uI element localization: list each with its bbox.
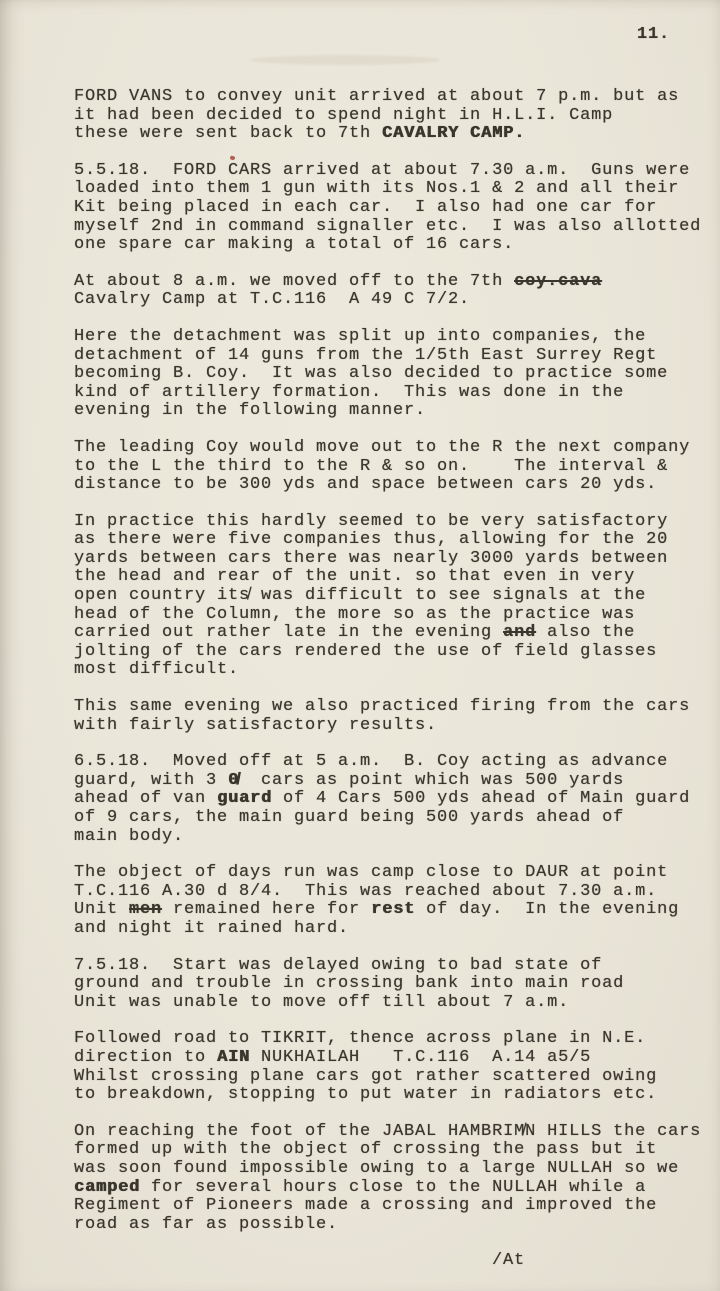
text-line: as there were five companies thus, allow… <box>74 531 704 550</box>
text-line: ahead of van guard of 4 Cars 500 yds ahe… <box>74 790 704 809</box>
text-line: T.C.116 A.30 d 8/4. This was reached abo… <box>74 883 704 902</box>
text-segment: of day. In the evening <box>415 900 679 919</box>
text-segment: ground and trouble in crossing bank into… <box>74 974 624 993</box>
struck-text: coy.cava <box>514 272 602 291</box>
text-line: main body. <box>74 828 704 847</box>
text-segment: yards between cars there was nearly 3000… <box>74 549 668 568</box>
text-segment: with fairly satisfactory results. <box>74 716 437 735</box>
text-line: open country its̸ was difficult to see s… <box>74 587 704 606</box>
text-segment: to breakdown, stopping to put water in r… <box>74 1085 657 1104</box>
text-segment: 0̸ <box>228 771 239 790</box>
scan-smudge <box>250 55 440 65</box>
text-segment: Cavalry Camp at T.C.116 A 49 C 7/2. <box>74 290 470 309</box>
text-line: jolting of the cars rendered the use of … <box>74 643 704 662</box>
text-segment: The leading Coy would move out to the R … <box>74 438 690 457</box>
text-line: these were sent back to 7th CAVALRY CAMP… <box>74 125 704 144</box>
text-segment: Whilst crossing plane cars got rather sc… <box>74 1067 657 1086</box>
paragraph: The object of days run was camp close to… <box>74 864 704 938</box>
text-segment: T.C.116 A.30 d 8/4. This was reached abo… <box>74 882 657 901</box>
text-line: FORD VANS to convey unit arrived at abou… <box>74 88 704 107</box>
text-segment: of 9 cars, the main guard being 500 yard… <box>74 808 624 827</box>
text-segment: formed up with the object of crossing th… <box>74 1140 657 1159</box>
text-segment: camped <box>74 1178 140 1197</box>
text-line: with fairly satisfactory results. <box>74 717 704 736</box>
text-segment: of 4 Cars 500 yds ahead of Main guard <box>272 789 690 808</box>
text-segment: CAVALRY CAMP. <box>382 124 525 143</box>
text-segment: head of the Column, the more so as the p… <box>74 605 635 624</box>
text-segment: NUKHAILAH T.C.116 A.14 a5/5 <box>250 1048 591 1067</box>
text-line: formed up with the object of crossing th… <box>74 1141 704 1160</box>
text-segment: ahead of van <box>74 789 217 808</box>
text-segment: detachment of 14 guns from the 1/5th Eas… <box>74 346 657 365</box>
text-segment: kind of artillery formation. This was do… <box>74 383 624 402</box>
text-segment: On reaching the foot of the JABAL HAMBRI <box>74 1122 514 1141</box>
text-segment: At about 8 a.m. we moved off to the 7th <box>74 272 514 291</box>
text-segment: myself 2nd in command signaller etc. I w… <box>74 217 701 236</box>
text-line: This same evening we also practiced firi… <box>74 698 704 717</box>
text-line: The object of days run was camp close to… <box>74 864 704 883</box>
paragraph: 5.5.18. FORD CARS arrived at about 7.30 … <box>74 162 704 255</box>
text-segment: carried out rather late in the evening <box>74 623 503 642</box>
paragraph: The leading Coy would move out to the R … <box>74 439 704 495</box>
text-segment: most difficult. <box>74 660 239 679</box>
paragraph: On reaching the foot of the JABAL HAMBRI… <box>74 1123 704 1235</box>
text-line: 7.5.18. Start was delayed owing to bad s… <box>74 957 704 976</box>
text-segment: was soon found impossible owing to a lar… <box>74 1159 679 1178</box>
text-line: carried out rather late in the evening a… <box>74 624 704 643</box>
text-line: to breakdown, stopping to put water in r… <box>74 1086 704 1105</box>
text-segment: FORD VANS to convey unit arrived at abou… <box>74 87 679 106</box>
text-segment: evening in the following manner. <box>74 401 426 420</box>
text-segment: Kit being placed in each car. I also had… <box>74 198 657 217</box>
text-segment: 6.5.18. Moved off at 5 a.m. B. Coy actin… <box>74 752 668 771</box>
paragraph: Here the detachment was split up into co… <box>74 328 704 421</box>
text-segment: as there were five companies thus, allow… <box>74 530 668 549</box>
text-line: distance to be 300 yds and space between… <box>74 476 704 495</box>
text-line: 6.5.18. Moved off at 5 a.m. B. Coy actin… <box>74 753 704 772</box>
text-line: guard, with 3 0̸ cars as point which was… <box>74 772 704 791</box>
text-segment: the head and rear of the unit. so that e… <box>74 567 635 586</box>
text-line: ground and trouble in crossing bank into… <box>74 975 704 994</box>
text-line: becoming B. Coy. It was also decided to … <box>74 365 704 384</box>
text-line: head of the Column, the more so as the p… <box>74 606 704 625</box>
text-line: detachment of 14 guns from the 1/5th Eas… <box>74 347 704 366</box>
text-line: the head and rear of the unit. so that e… <box>74 568 704 587</box>
text-line: loaded into them 1 gun with its Nos.1 & … <box>74 180 704 199</box>
text-segment: main body. <box>74 827 184 846</box>
text-segment: becoming B. Coy. It was also decided to … <box>74 364 668 383</box>
paragraph: At about 8 a.m. we moved off to the 7th … <box>74 273 704 310</box>
text-segment: one spare car making a total of 16 cars. <box>74 235 514 254</box>
paragraph: Followed road to TIKRIT, thence across p… <box>74 1030 704 1104</box>
text-segment: guard <box>217 789 272 808</box>
text-line: Cavalry Camp at T.C.116 A 49 C 7/2. <box>74 291 704 310</box>
text-line: one spare car making a total of 16 cars. <box>74 236 704 255</box>
text-line: road as far as possible. <box>74 1216 704 1235</box>
text-line: Whilst crossing plane cars got rather sc… <box>74 1068 704 1087</box>
text-segment: for several hours close to the NULLAH wh… <box>140 1178 646 1197</box>
text-segment: 5.5.18. FORD CARS arrived at about 7.30 … <box>74 161 690 180</box>
text-segment: M̸ <box>514 1122 525 1141</box>
text-segment: also the <box>536 623 635 642</box>
text-line: The leading Coy would move out to the R … <box>74 439 704 458</box>
text-line: On reaching the foot of the JABAL HAMBRI… <box>74 1123 704 1142</box>
text-line: kind of artillery formation. This was do… <box>74 384 704 403</box>
text-line: to the L the third to the R & so on. The… <box>74 458 704 477</box>
text-line: Followed road to TIKRIT, thence across p… <box>74 1030 704 1049</box>
page-number: 11. <box>637 26 670 45</box>
text-segment: AIN <box>217 1048 250 1067</box>
text-segment: N HILLS the cars <box>525 1122 701 1141</box>
paragraph: 6.5.18. Moved off at 5 a.m. B. Coy actin… <box>74 753 704 846</box>
paragraph: In practice this hardly seemed to be ver… <box>74 513 704 680</box>
text-segment: jolting of the cars rendered the use of … <box>74 642 657 661</box>
text-line: and night it rained hard. <box>74 920 704 939</box>
text-segment: open country it <box>74 586 239 605</box>
text-segment: and night it rained hard. <box>74 919 349 938</box>
text-line: At about 8 a.m. we moved off to the 7th … <box>74 273 704 292</box>
text-line: yards between cars there was nearly 3000… <box>74 550 704 569</box>
text-line: most difficult. <box>74 661 704 680</box>
text-segment: distance to be 300 yds and space between… <box>74 475 657 494</box>
text-line: Regiment of Pioneers made a crossing and… <box>74 1197 704 1216</box>
text-line: direction to AIN NUKHAILAH T.C.116 A.14 … <box>74 1049 704 1068</box>
text-line: it had been decided to spend night in H.… <box>74 107 704 126</box>
text-line: In practice this hardly seemed to be ver… <box>74 513 704 532</box>
struck-text: men <box>129 900 162 919</box>
text-segment: In practice this hardly seemed to be ver… <box>74 512 668 531</box>
text-segment: Here the detachment was split up into co… <box>74 327 646 346</box>
paragraph: 7.5.18. Start was delayed owing to bad s… <box>74 957 704 1013</box>
text-segment: these were sent back to 7th <box>74 124 382 143</box>
text-line: Unit was unable to move off till about 7… <box>74 994 704 1013</box>
document-page: 11. FORD VANS to convey unit arrived at … <box>0 0 720 1291</box>
text-line: Unit men remained here for rest of day. … <box>74 901 704 920</box>
paragraph: This same evening we also practiced firi… <box>74 698 704 735</box>
struck-text: and <box>503 623 536 642</box>
text-line: was soon found impossible owing to a lar… <box>74 1160 704 1179</box>
text-segment: Unit was unable to move off till about 7… <box>74 993 569 1012</box>
text-segment: 7.5.18. Start was delayed owing to bad s… <box>74 956 602 975</box>
text-segment: direction to <box>74 1048 217 1067</box>
text-segment: cars as point which was 500 yards <box>239 771 624 790</box>
text-line: 5.5.18. FORD CARS arrived at about 7.30 … <box>74 162 704 181</box>
text-line: evening in the following manner. <box>74 402 704 421</box>
text-line: Kit being placed in each car. I also had… <box>74 199 704 218</box>
text-segment: to the L the third to the R & so on. The… <box>74 457 668 476</box>
paragraph-list: FORD VANS to convey unit arrived at abou… <box>74 88 704 1271</box>
text-segment: The object of days run was camp close to… <box>74 863 668 882</box>
text-line: of 9 cars, the main guard being 500 yard… <box>74 809 704 828</box>
text-line: myself 2nd in command signaller etc. I w… <box>74 218 704 237</box>
text-segment: Regiment of Pioneers made a crossing and… <box>74 1196 657 1215</box>
paragraph: FORD VANS to convey unit arrived at abou… <box>74 88 704 144</box>
text-segment: remained here for <box>162 900 371 919</box>
text-segment: Followed road to TIKRIT, thence across p… <box>74 1029 646 1048</box>
text-segment: Unit <box>74 900 129 919</box>
text-segment: loaded into them 1 gun with its Nos.1 & … <box>74 179 679 198</box>
text-segment: s̸ <box>239 586 250 605</box>
text-segment: rest <box>371 900 415 919</box>
catchword: /At <box>74 1252 704 1271</box>
text-line: camped for several hours close to the NU… <box>74 1179 704 1198</box>
text-segment: guard, with 3 <box>74 771 228 790</box>
text-segment: This same evening we also practiced firi… <box>74 697 690 716</box>
text-segment: it had been decided to spend night in H.… <box>74 106 613 125</box>
text-line: Here the detachment was split up into co… <box>74 328 704 347</box>
text-segment: was difficult to see signals at the <box>250 586 646 605</box>
text-segment: road as far as possible. <box>74 1215 338 1234</box>
